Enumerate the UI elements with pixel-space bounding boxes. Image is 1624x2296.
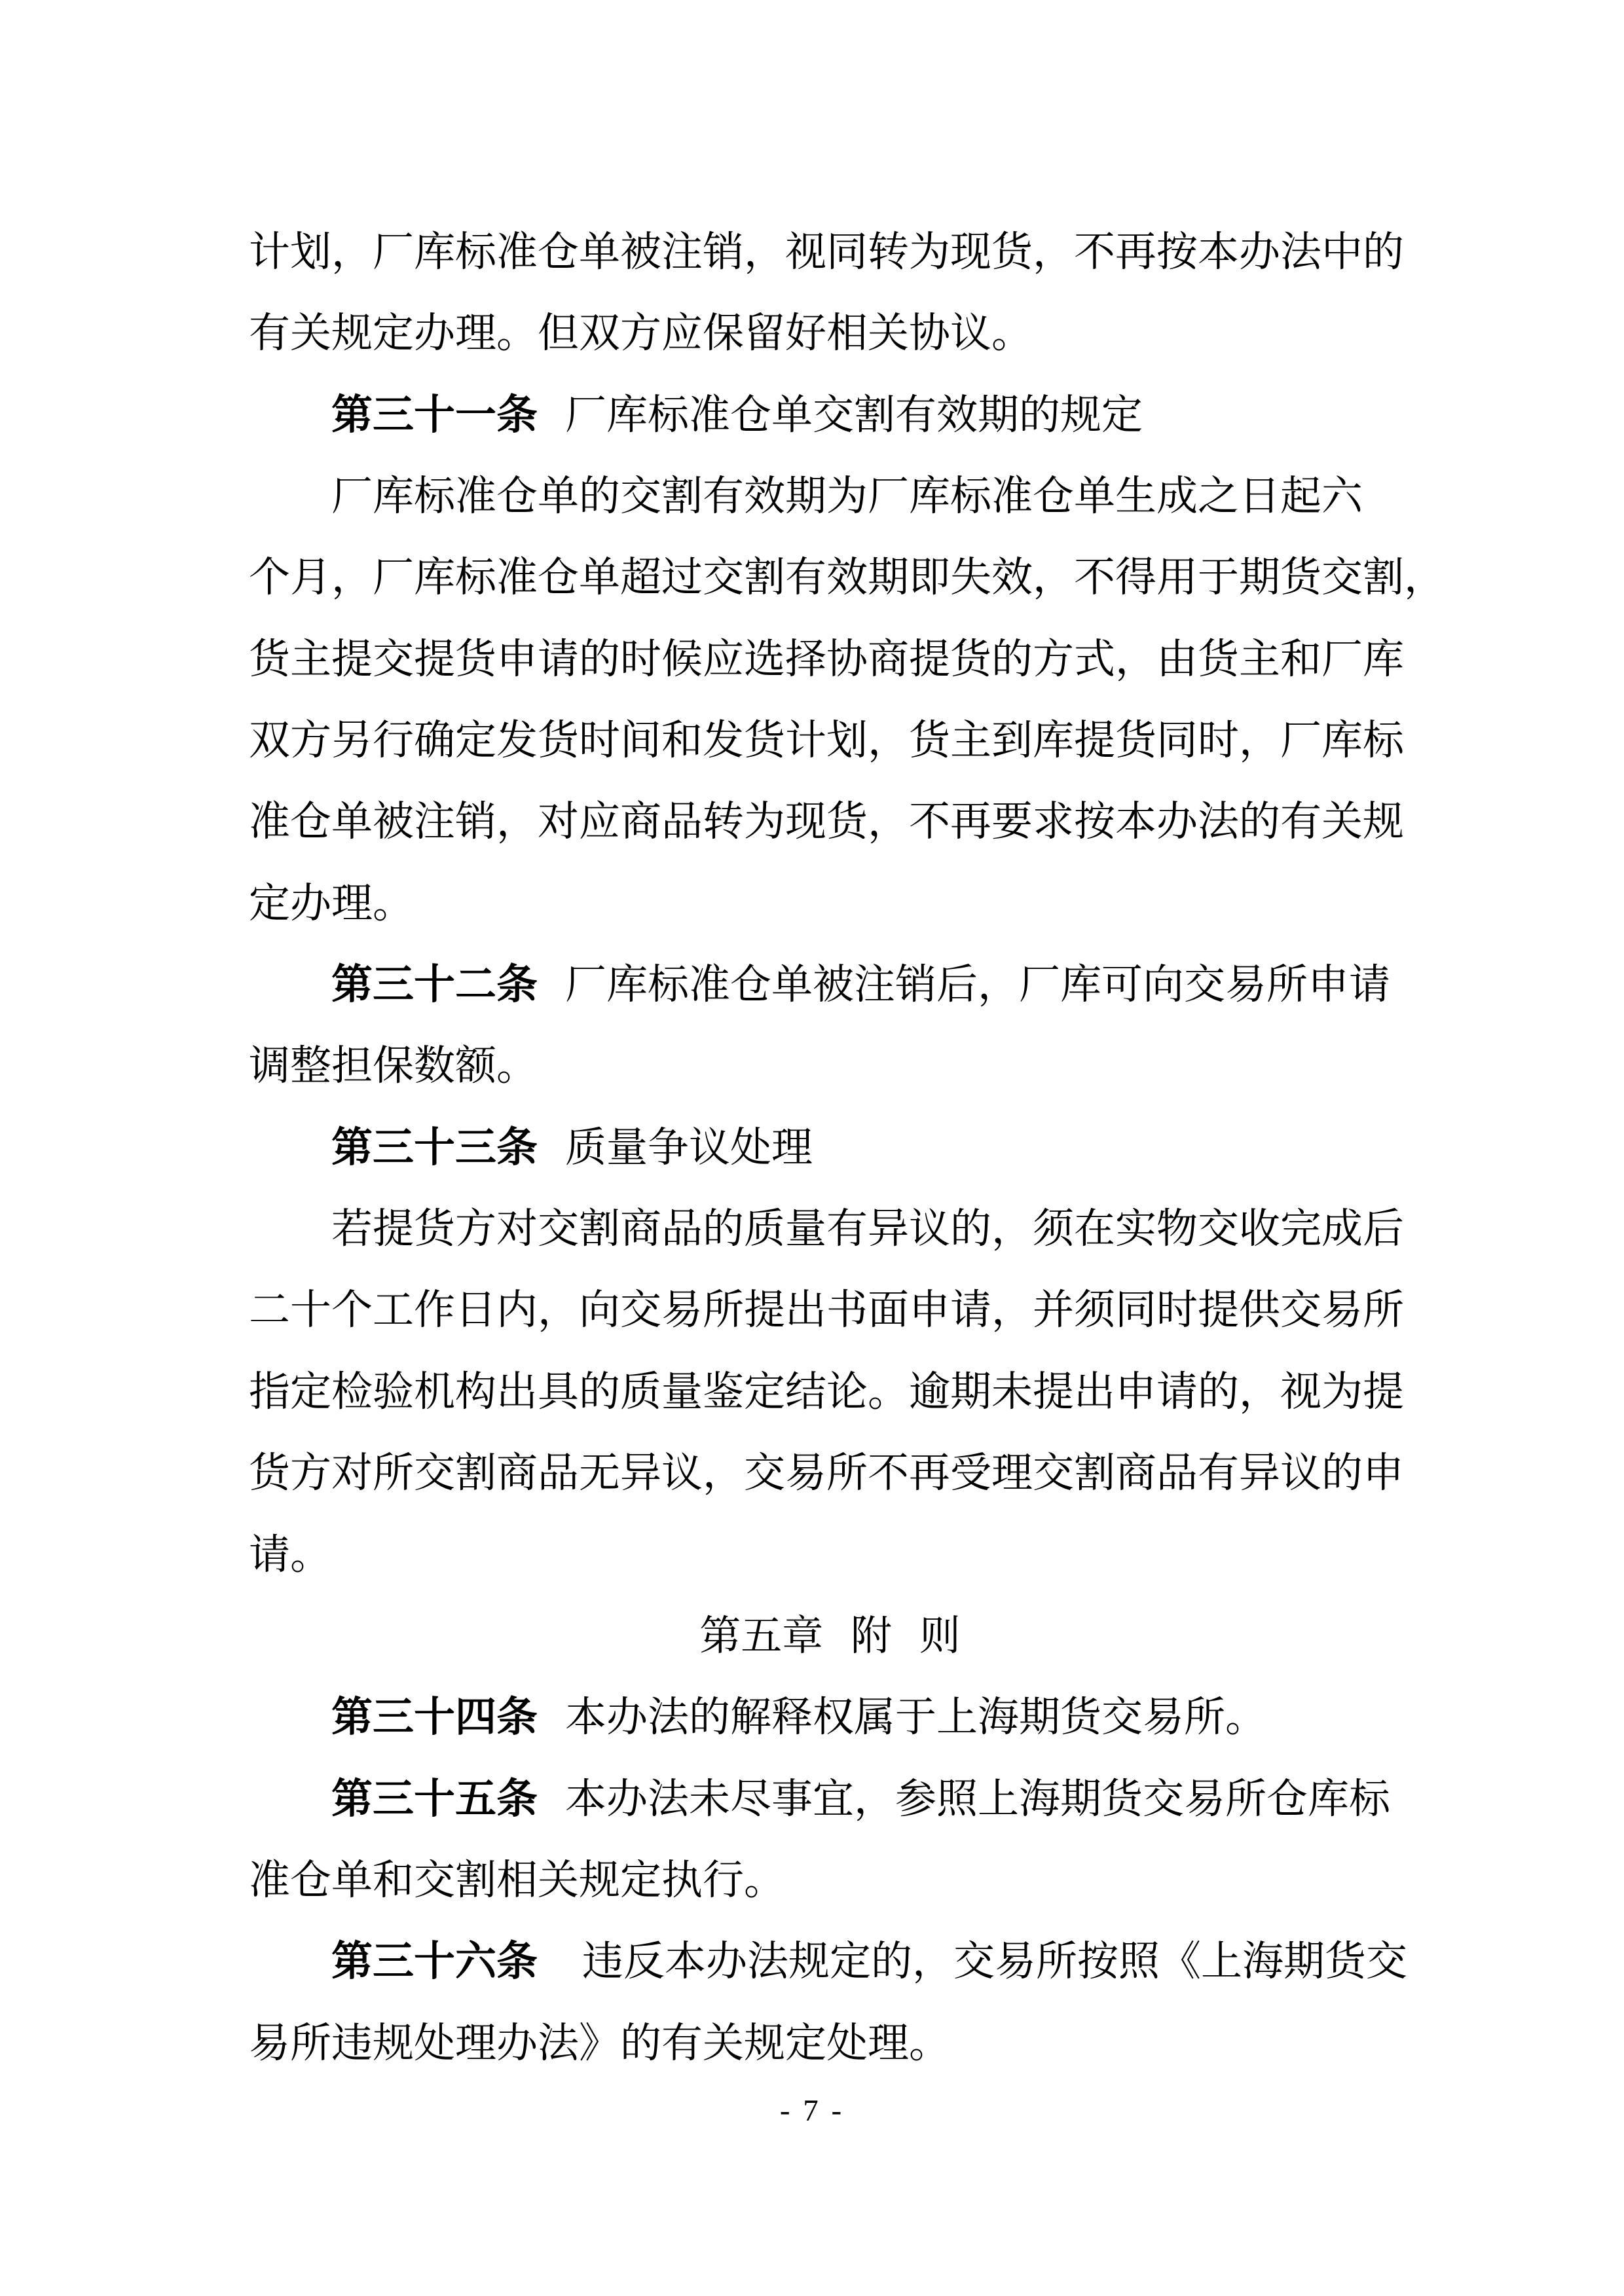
line-text: 定办理。 [249, 881, 414, 926]
line-text: 厂库标准仓单被注销后，厂库可向交易所申请 [565, 962, 1390, 1008]
body-line: 二十个工作日内，向交易所提出书面申请，并须同时提供交易所 [249, 1269, 1411, 1351]
article-32-heading-line: 第三十二条厂库标准仓单被注销后，厂库可向交易所申请 [249, 944, 1411, 1025]
body-line: 调整担保数额。 [249, 1025, 1411, 1106]
article-number: 第三十六条 [331, 1939, 538, 1984]
line-text: 厂库标准仓单交割有效期的规定 [565, 392, 1143, 438]
article-36-heading-line: 第三十六条违反本办法规定的，交易所按照《上海期货交 [249, 1921, 1411, 2002]
body-line: 计划，厂库标准仓单被注销，视同转为现货，不再按本办法中的 [249, 211, 1411, 293]
body-line: 双方另行确定发货时间和发货计划，货主到库提货同时，厂库标 [249, 700, 1411, 781]
line-text: 厂库标准仓单的交割有效期为厂库标准仓单生成之日起六 [331, 473, 1363, 519]
line-text: 准仓单和交割相关规定执行。 [249, 1857, 785, 1903]
body-line: 定办理。 [249, 863, 1411, 944]
line-text: 货主提交提货申请的时候应选择协商提货的方式，由货主和厂库 [249, 636, 1404, 682]
line-text: 有关规定办理。但双方应保留好相关协议。 [249, 310, 1033, 356]
body-line: 准仓单和交割相关规定执行。 [249, 1840, 1411, 1921]
line-text: 双方另行确定发货时间和发货计划，货主到库提货同时，厂库标 [249, 718, 1404, 763]
article-34-heading-line: 第三十四条本办法的解释权属于上海期货交易所。 [249, 1677, 1411, 1758]
line-text: 本办法未尽事宜，参照上海期货交易所仓库标 [565, 1776, 1390, 1822]
body-line: 厂库标准仓单的交割有效期为厂库标准仓单生成之日起六 [249, 456, 1411, 537]
body-line: 指定检验机构出具的质量鉴定结论。逾期未提出申请的，视为提 [249, 1351, 1411, 1432]
chapter-title: 第五章 附 则 [699, 1613, 961, 1659]
body-line: 有关规定办理。但双方应保留好相关协议。 [249, 293, 1411, 374]
line-text: 计划，厂库标准仓单被注销，视同转为现货，不再按本办法中的 [249, 229, 1404, 275]
body-line: 货主提交提货申请的时候应选择协商提货的方式，由货主和厂库 [249, 619, 1411, 700]
line-text: 违反本办法规定的，交易所按照《上海期货交 [582, 1939, 1407, 1984]
line-text: 二十个工作日内，向交易所提出书面申请，并须同时提供交易所 [249, 1287, 1404, 1333]
document-page: 计划，厂库标准仓单被注销，视同转为现货，不再按本办法中的 有关规定办理。但双方应… [0, 0, 1624, 2296]
body-line: 易所违规处理办法》的有关规定处理。 [249, 2003, 1411, 2084]
body-line: 请。 [249, 1514, 1411, 1595]
line-text: 货方对所交割商品无异议，交易所不再受理交割商品有异议的申 [249, 1450, 1404, 1496]
line-text: 若提货方对交割商品的质量有异议的，须在实物交收完成后 [331, 1206, 1404, 1252]
page-number: - 7 - [0, 2090, 1624, 2132]
body-line: 若提货方对交割商品的质量有异议的，须在实物交收完成后 [249, 1188, 1411, 1269]
line-text: 准仓单被注销，对应商品转为现货，不再要求按本办法的有关规 [249, 799, 1404, 845]
line-text: 指定检验机构出具的质量鉴定结论。逾期未提出申请的，视为提 [249, 1369, 1404, 1415]
line-text: 本办法的解释权属于上海期货交易所。 [565, 1694, 1266, 1740]
article-33-heading-line: 第三十三条质量争议处理 [249, 1107, 1411, 1188]
line-text: 个月，厂库标准仓单超过交割有效期即失效，不得用于期货交割， [249, 555, 1445, 600]
article-number: 第三十五条 [331, 1776, 538, 1822]
line-text: 质量争议处理 [565, 1125, 813, 1171]
article-35-heading-line: 第三十五条本办法未尽事宜，参照上海期货交易所仓库标 [249, 1758, 1411, 1840]
body-line: 货方对所交割商品无异议，交易所不再受理交割商品有异议的申 [249, 1432, 1411, 1514]
body-line: 准仓单被注销，对应商品转为现货，不再要求按本办法的有关规 [249, 781, 1411, 862]
article-number: 第三十一条 [331, 392, 538, 438]
article-number: 第三十二条 [331, 962, 538, 1008]
article-number: 第三十三条 [331, 1125, 538, 1171]
line-text: 请。 [249, 1532, 331, 1578]
chapter-5-heading: 第五章 附 则 [249, 1595, 1411, 1677]
line-text: 易所违规处理办法》的有关规定处理。 [249, 2020, 950, 2066]
article-31-heading-line: 第三十一条厂库标准仓单交割有效期的规定 [249, 374, 1411, 456]
document-body: 计划，厂库标准仓单被注销，视同转为现货，不再按本办法中的 有关规定办理。但双方应… [249, 211, 1411, 2084]
body-line: 个月，厂库标准仓单超过交割有效期即失效，不得用于期货交割， [249, 537, 1411, 618]
line-text: 调整担保数额。 [249, 1043, 538, 1089]
article-number: 第三十四条 [331, 1694, 538, 1740]
